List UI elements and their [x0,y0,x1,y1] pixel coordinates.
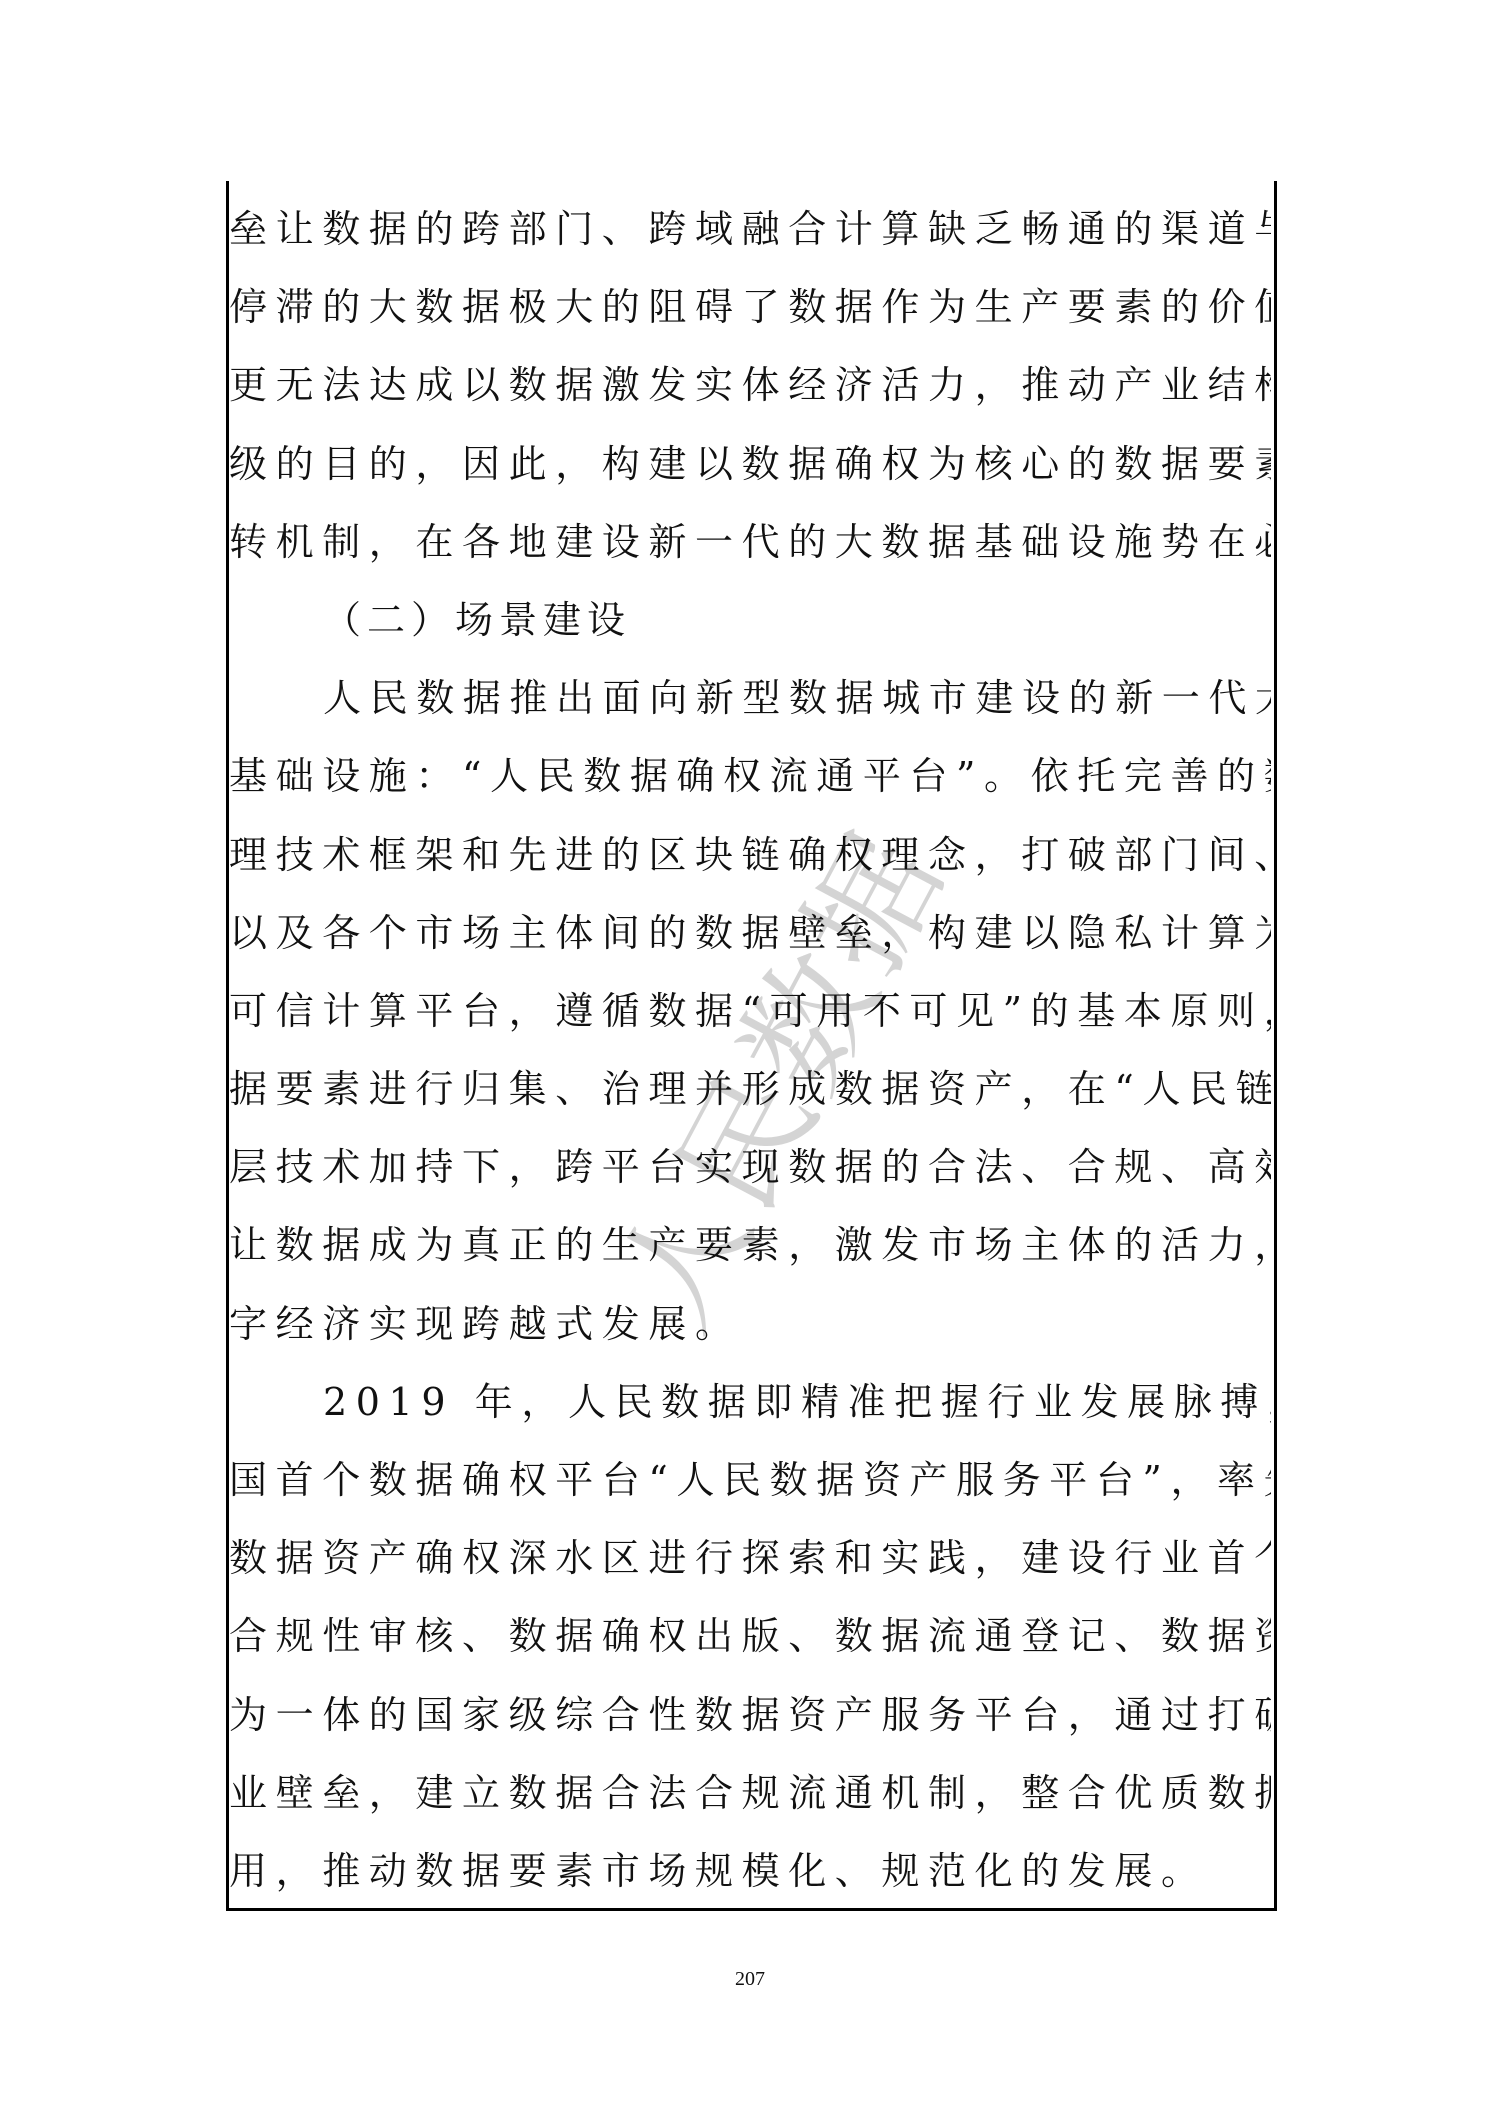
paragraph-line: 字经济实现跨越式发展。 [229,1285,1271,1363]
paragraph-line: 数据资产确权深水区进行探索和实践，建设行业首个集数据 [229,1519,1271,1597]
paragraph-line: 人民数据推出面向新型数据城市建设的新一代大数据 [229,659,1271,737]
paragraph-line: 更无法达成以数据激发实体经济活力，推动产业结构转型升 [229,346,1271,424]
paragraph-line: 用，推动数据要素市场规模化、规范化的发展。 [229,1832,1271,1910]
paragraph-line: 基础设施：“人民数据确权流通平台”。依托完善的数据治 [229,737,1271,815]
paragraph-line: 让数据成为真正的生产要素，激发市场主体的活力，赋能数 [229,1206,1271,1284]
paragraph-line: 可信计算平台，遵循数据“可用不可见”的基本原则，对数 [229,972,1271,1050]
paragraph-line: 层技术加持下，跨平台实现数据的合法、合规、高效流转， [229,1128,1271,1206]
paragraph-line: 垒让数据的跨部门、跨域融合计算缺乏畅通的渠道与机制。 [229,190,1271,268]
paragraph-line: 业壁垒，建立数据合法合规流通机制，整合优质数据资源应 [229,1754,1271,1832]
paragraph-line: 合规性审核、数据确权出版、数据流通登记、数据资产服务 [229,1597,1271,1675]
paragraph-line: 为一体的国家级综合性数据资产服务平台，通过打破数据行 [229,1676,1271,1754]
page-number: 207 [0,1968,1500,1991]
section-heading: （二）场景建设 [229,581,1271,659]
paragraph-line: 国首个数据确权平台“人民数据资产服务平台”，率先进入 [229,1441,1271,1519]
paragraph-line: 2019 年，人民数据即精准把握行业发展脉搏，建设了全 [229,1363,1271,1441]
document-body: 垒让数据的跨部门、跨域融合计算缺乏畅通的渠道与机制。 停滞的大数据极大的阻碍了数… [229,190,1271,1910]
paragraph-line: 据要素进行归集、治理并形成数据资产，在“人民链”的底 [229,1050,1271,1128]
paragraph-line: 停滞的大数据极大的阻碍了数据作为生产要素的价值实现， [229,268,1271,346]
paragraph-line: 理技术框架和先进的区块链确权理念，打破部门间、区域间 [229,816,1271,894]
paragraph-line: 转机制，在各地建设新一代的大数据基础设施势在必行。 [229,503,1271,581]
paragraph-line: 以及各个市场主体间的数据壁垒，构建以隐私计算为核心的 [229,894,1271,972]
paragraph-line: 级的目的，因此，构建以数据确权为核心的数据要素流通流 [229,425,1271,503]
